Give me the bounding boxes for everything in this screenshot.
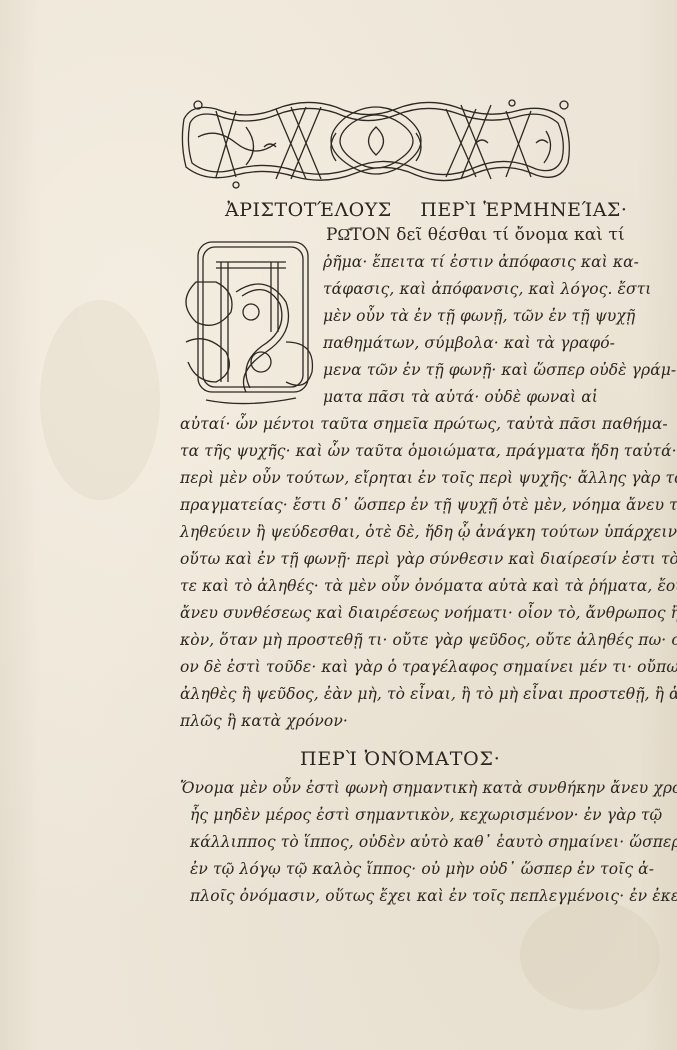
text-line: ἐν τῷ λόγῳ τῷ καλὸς ἵππος· οὐ μὴν οὐδ᾽ ὥ… bbox=[190, 859, 654, 879]
work-title-line: ἈΡΙΣΤΟΤΈΛΟΥΣ ΠΕΡῚ ἙΡΜΗΝΕΊΑΣ· bbox=[225, 199, 585, 221]
text-line: πλοῖς ὀνόμασιν, οὕτως ἔχει καὶ ἐν τοῖς π… bbox=[190, 886, 677, 906]
text-line: μὲν οὖν τὰ ἐν τῇ φωνῇ, τῶν ἐν τῇ ψυχῇ bbox=[323, 306, 635, 326]
text-line: ῥῆμα· ἔπειτα τί ἐστιν ἀπόφασις καὶ κα- bbox=[323, 252, 639, 272]
text-line: ματα πᾶσι τὰ αὐτά· οὐδὲ φωναὶ αἱ bbox=[323, 387, 598, 407]
text-line: ον δὲ ἐστὶ τοῦδε· καὶ γὰρ ὁ τραγέλαφος σ… bbox=[180, 657, 677, 677]
text-line: περὶ μὲν οὖν τούτων, εἴρηται ἐν τοῖς περ… bbox=[180, 468, 677, 488]
woodcut-headpiece bbox=[176, 97, 572, 189]
decorated-initial-pi-icon bbox=[176, 232, 316, 410]
interlace-knotwork-band-icon bbox=[176, 97, 572, 189]
text-line: κὸν, ὅταν μὴ προστεθῇ τι· οὔτε γὰρ ψεῦδο… bbox=[180, 630, 677, 650]
text-line: κάλλιππος τὸ ἵππος, οὐδὲν αὐτὸ καθ᾽ ἑαυτ… bbox=[190, 832, 677, 852]
text-line: ΡΩ͂ΤΟΝ δεῖ θέσθαι τί ὄνομα καὶ τί bbox=[326, 225, 625, 245]
paper-stain bbox=[520, 900, 660, 1010]
work-title: ΠΕΡῚ ἙΡΜΗΝΕΊΑΣ· bbox=[420, 199, 627, 221]
text-line: πραγματείας· ἔστι δ᾽ ὥσπερ ἐν τῇ ψυχῇ ὁτ… bbox=[180, 495, 677, 515]
text-line: μενα τῶν ἐν τῇ φωνῇ· καὶ ὥσπερ οὐδὲ γράμ… bbox=[323, 360, 676, 380]
section-heading: ΠΕΡῚ ὈΝΌΜΑΤΟΣ· bbox=[300, 748, 501, 770]
paper-stain bbox=[40, 300, 160, 500]
author-name: ἈΡΙΣΤΟΤΈΛΟΥΣ bbox=[225, 199, 392, 221]
text-line: ἧς μηδὲν μέρος ἐστὶ σημαντικὸν, κεχωρισμ… bbox=[190, 805, 662, 825]
decorated-initial bbox=[176, 232, 316, 410]
text-line: τε καὶ τὸ ἀληθές· τὰ μὲν οὖν ὀνόματα αὐτ… bbox=[180, 576, 677, 596]
text-line: αὐταί· ὧν μέντοι ταῦτα σημεῖα πρώτως, τα… bbox=[180, 414, 668, 434]
text-line: ἄνευ συνθέσεως καὶ διαιρέσεως νοήματι· ο… bbox=[180, 603, 677, 623]
text-line: τάφασις, καὶ ἀπόφανσις, καὶ λόγος. ἔστι bbox=[323, 279, 651, 299]
text-line: Ὄνομα μὲν οὖν ἐστὶ φωνὴ σημαντικὴ κατὰ σ… bbox=[180, 778, 677, 798]
text-line: οὕτω καὶ ἐν τῇ φωνῇ· περὶ γὰρ σύνθεσιν κ… bbox=[180, 549, 677, 569]
text-line: ἀληθὲς ἢ ψεῦδος, ἐὰν μὴ, τὸ εἶναι, ἢ τὸ … bbox=[180, 684, 677, 704]
text-line: τα τῆς ψυχῆς· καὶ ὧν ταῦτα ὁμοιώματα, πρ… bbox=[180, 441, 677, 461]
book-page: ἈΡΙΣΤΟΤΈΛΟΥΣ ΠΕΡῚ ἙΡΜΗΝΕΊΑΣ· ΡΩ͂ΤΟΝ δεῖ … bbox=[0, 0, 677, 1050]
text-line: πλῶς ἢ κατὰ χρόνον· bbox=[180, 711, 348, 731]
text-line: παθημάτων, σύμβολα· καὶ τὰ γραφό- bbox=[323, 333, 615, 353]
text-line: ληθεύειν ἢ ψεύδεσθαι, ὁτὲ δὲ, ἤδη ᾧ ἀνάγ… bbox=[180, 522, 677, 542]
